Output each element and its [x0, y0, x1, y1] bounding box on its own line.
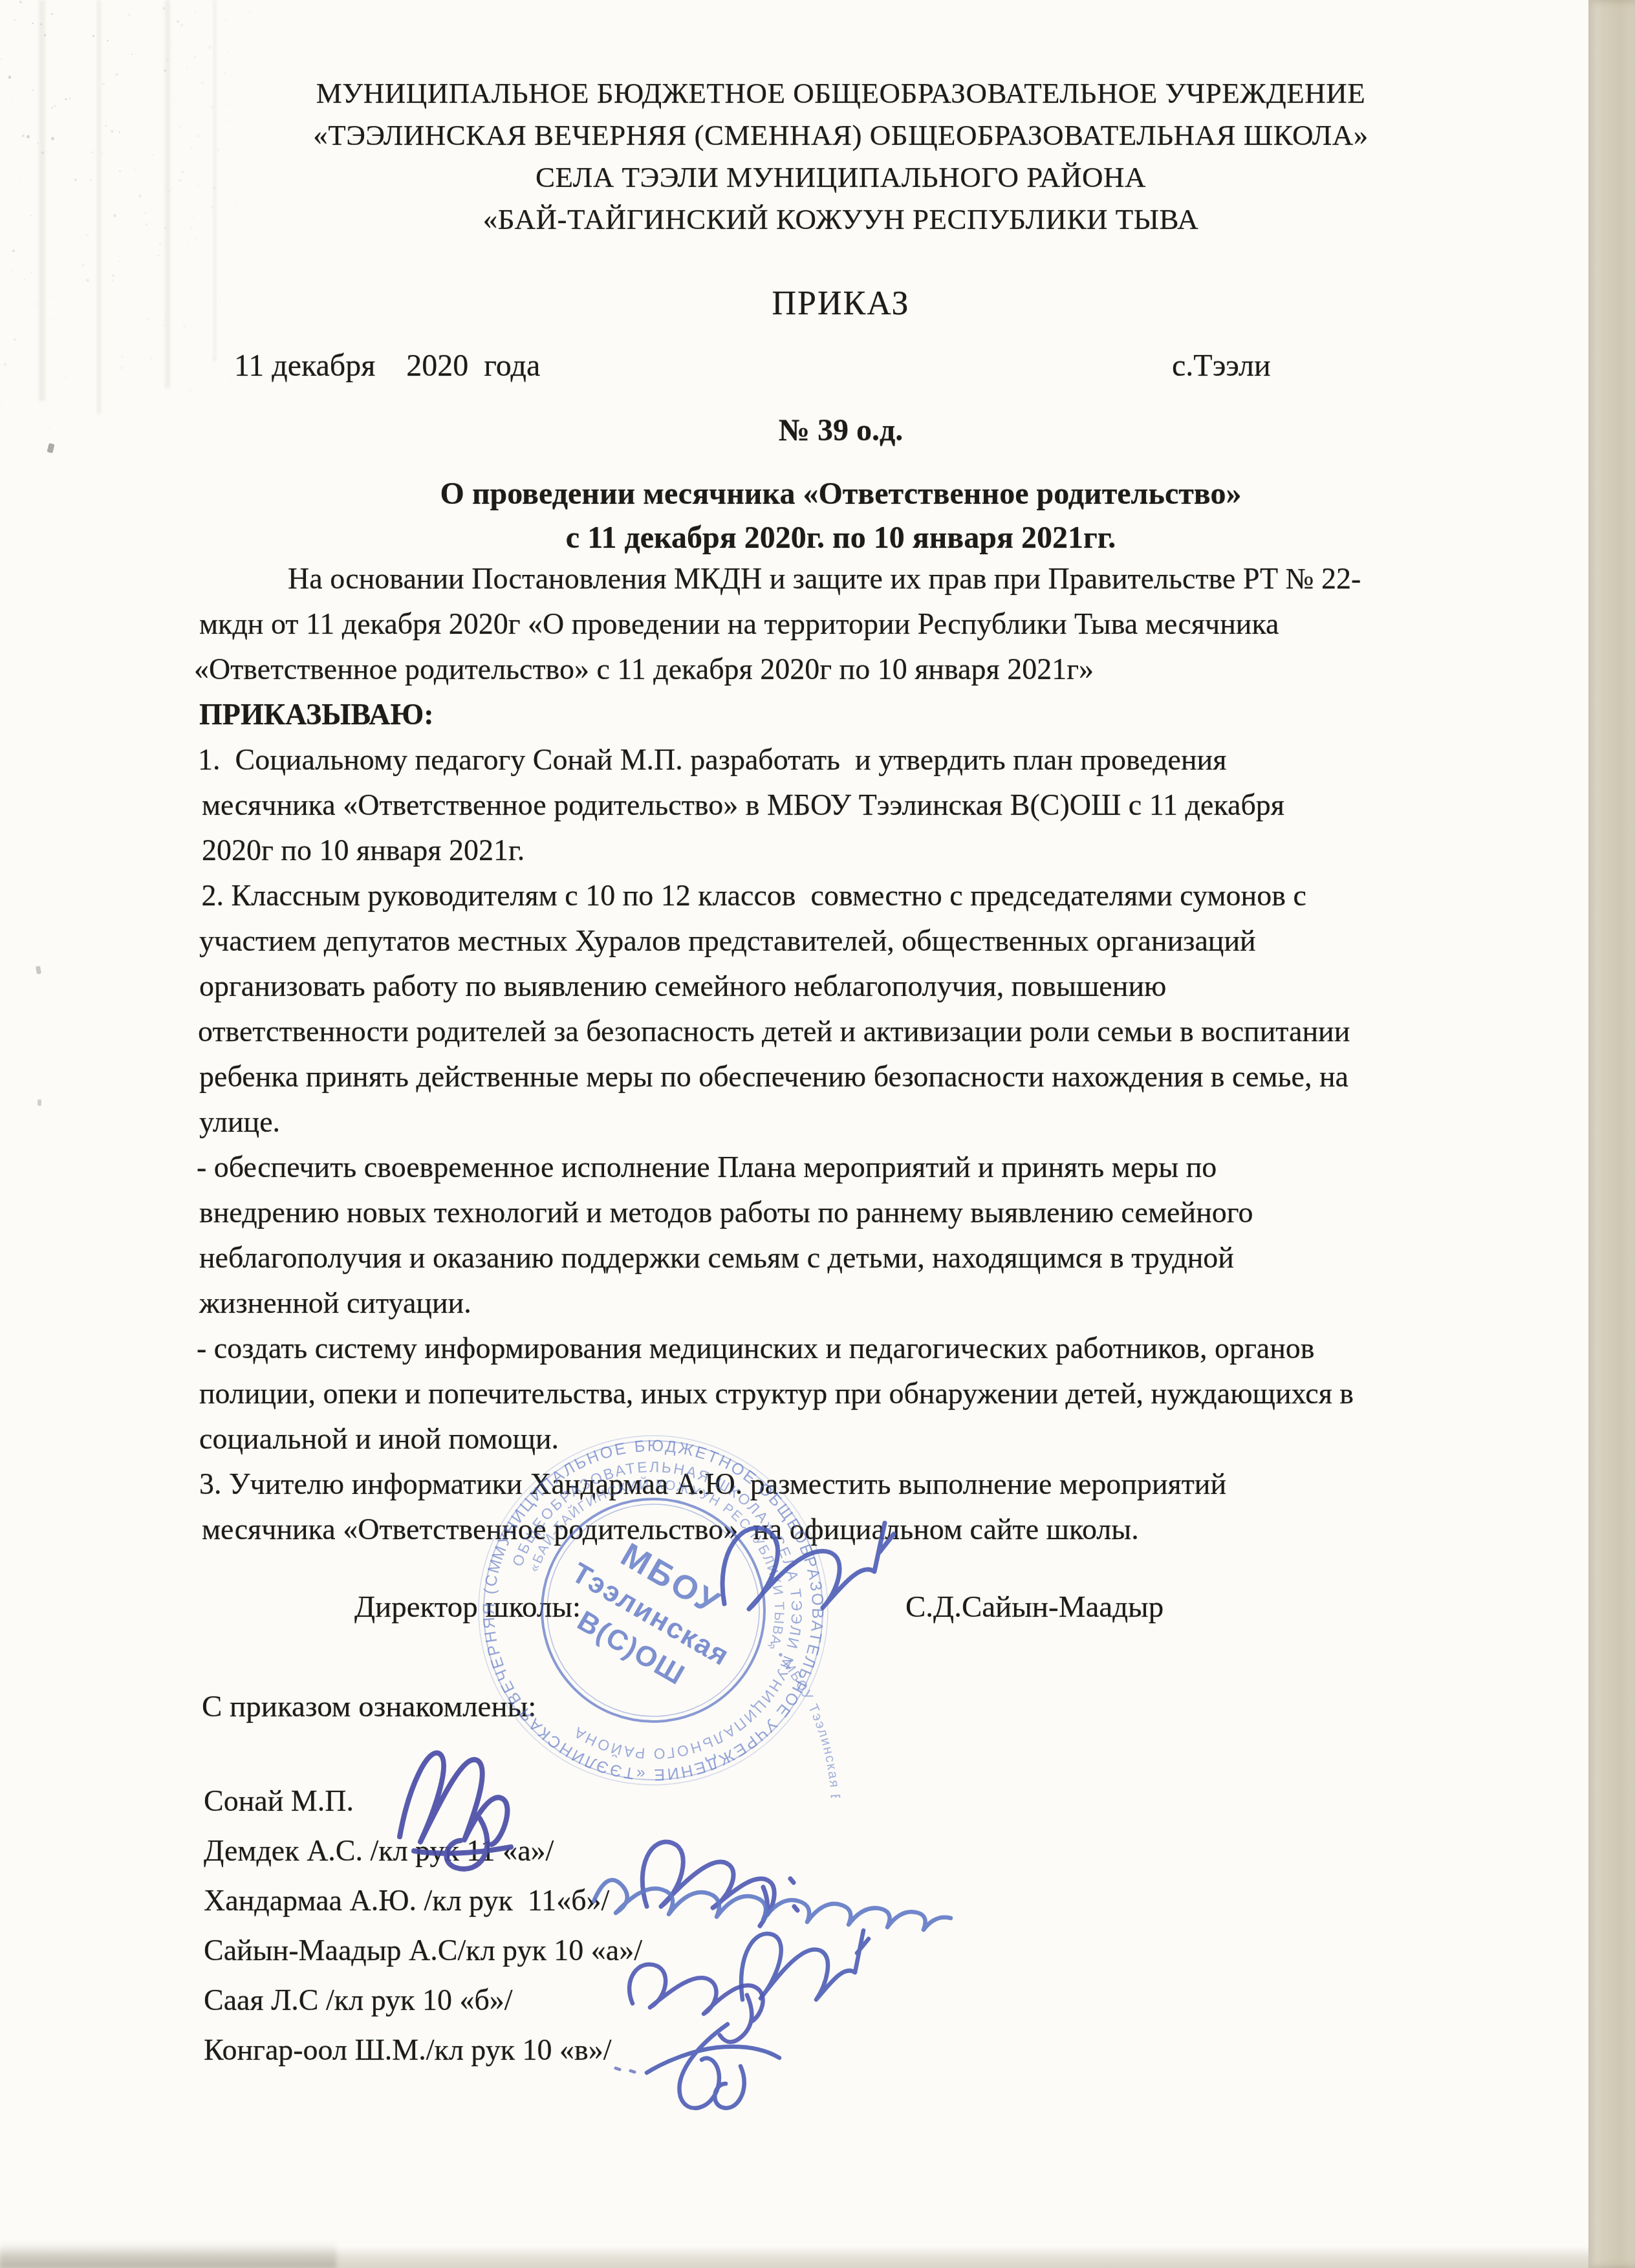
body-line: полиции, опеки и попечительства, иных ст…	[199, 1376, 1354, 1410]
director-name: С.Д.Сайын-Маадыр	[905, 1590, 1164, 1625]
margin-speck	[38, 1099, 41, 1106]
signatory-row-kongar-ool: Конгар-оол Ш.М./кл рук 10 «в»/	[204, 2033, 612, 2067]
body-line: - обеспечить своевременное исполнение Пл…	[197, 1150, 1217, 1184]
margin-speck	[47, 443, 54, 453]
letterhead-line-1: МУНИЦИПАЛЬНОЕ БЮДЖЕТНОЕ ОБЩЕОБРАЗОВАТЕЛЬ…	[155, 76, 1526, 110]
scanned-order-document: МУНИЦИПАЛЬНОЕ БЮДЖЕТНОЕ ОБЩЕОБРАЗОВАТЕЛЬ…	[0, 0, 1635, 2268]
margin-speck	[36, 966, 41, 974]
signature-kongar-ool-dots	[616, 2068, 634, 2072]
body-line: 2. Классным руководителям с 10 по 12 кла…	[194, 878, 1306, 913]
body-line: социальной и иной помощи.	[199, 1421, 559, 1456]
signature-saaya	[629, 1964, 763, 2042]
body-line: «Ответственное родительство» с 11 декабр…	[194, 652, 1094, 686]
signatory-row-sonai: Сонай М.П.	[204, 1784, 354, 1818]
signature-demdek	[642, 1842, 797, 1926]
scan-edge-right-band	[1588, 0, 1635, 2268]
subject-line-2: с 11 декабря 2020г. по 10 января 2021гг.	[155, 520, 1526, 556]
letterhead-line-2: «ТЭЭЛИНСКАЯ ВЕЧЕРНЯЯ (СМЕННАЯ) ОБЩЕОБРАЗ…	[155, 118, 1526, 152]
subject-line-1: О проведении месячника «Ответственное ро…	[155, 476, 1526, 512]
body-line: 3. Учителю информатики Хандармаа А.Ю. ра…	[199, 1467, 1226, 1501]
order-number: № 39 о.д.	[155, 413, 1526, 448]
signature-khandarmaa	[594, 1880, 951, 1930]
body-line: месячника «Ответственное родительство» в…	[202, 788, 1284, 822]
signature-kongar-ool	[647, 2024, 779, 2108]
body-line: организовать работу по выявлению семейно…	[199, 969, 1166, 1003]
stamp-center-line-1: МБОУ	[614, 1536, 728, 1623]
body-line: На основании Постановления МКДН и защите…	[288, 561, 1361, 596]
body-line: 1. Социальному педагогу Сонай М.П. разра…	[198, 742, 1226, 777]
director-label: Директор школы:	[354, 1590, 581, 1625]
body-line: мкдн от 11 декабря 2020г «О проведении н…	[199, 607, 1279, 641]
scan-edge-bottom-left-smudge	[0, 2241, 336, 2268]
signatory-row-khandarmaa: Хандармаа А.Ю. /кл рук 11«б»/	[204, 1883, 609, 1917]
stamp-center-line-3: В(С)ОШ	[572, 1604, 691, 1691]
letterhead-line-4: «БАЙ-ТАЙГИНСКИЙ КОЖУУН РЕСПУБЛИКИ ТЫВА	[155, 202, 1526, 236]
signatory-row-demdek: Демдек А.С. /кл рук 11 «а»/	[204, 1833, 554, 1868]
stamp-center-line-2: Тээлинская	[567, 1557, 735, 1672]
body-line: 2020г по 10 января 2021г.	[202, 833, 525, 867]
body-line-prikazyvayu: ПРИКАЗЫВАЮ:	[199, 697, 434, 731]
body-line: - создать систему информирования медицин…	[197, 1331, 1315, 1365]
acknowledged-label: С приказом ознакомлены:	[202, 1689, 536, 1724]
letterhead-line-3: СЕЛА ТЭЭЛИ МУНИЦИПАЛЬНОГО РАЙОНА	[155, 160, 1526, 194]
body-line: месячника «Ответственное родительство» н…	[202, 1512, 1139, 1546]
doc-date: 11 декабря 2020 года	[234, 348, 540, 383]
body-line: улице.	[199, 1105, 280, 1139]
body-line: участием депутатов местных Хуралов предс…	[199, 923, 1256, 958]
body-line: неблагополучия и оказанию поддержки семь…	[199, 1240, 1234, 1275]
signature-sayin-maadyr	[741, 1930, 869, 2000]
body-line: ребенка принять действенные меры по обес…	[199, 1059, 1348, 1094]
doc-place: с.Тээли	[1172, 348, 1271, 383]
body-line: жизненной ситуации.	[199, 1286, 471, 1320]
signatory-row-sayin-maadyr: Сайын-Маадыр А.С/кл рук 10 «а»/	[204, 1933, 642, 1967]
body-line: ответственности родителей за безопасност…	[198, 1014, 1350, 1048]
body-line: внедрению новых технологий и методов раб…	[199, 1195, 1253, 1229]
doc-type-title: ПРИКАЗ	[155, 285, 1526, 323]
signatory-row-saaya: Саая Л.С /кл рук 10 «б»/	[204, 1983, 513, 2017]
